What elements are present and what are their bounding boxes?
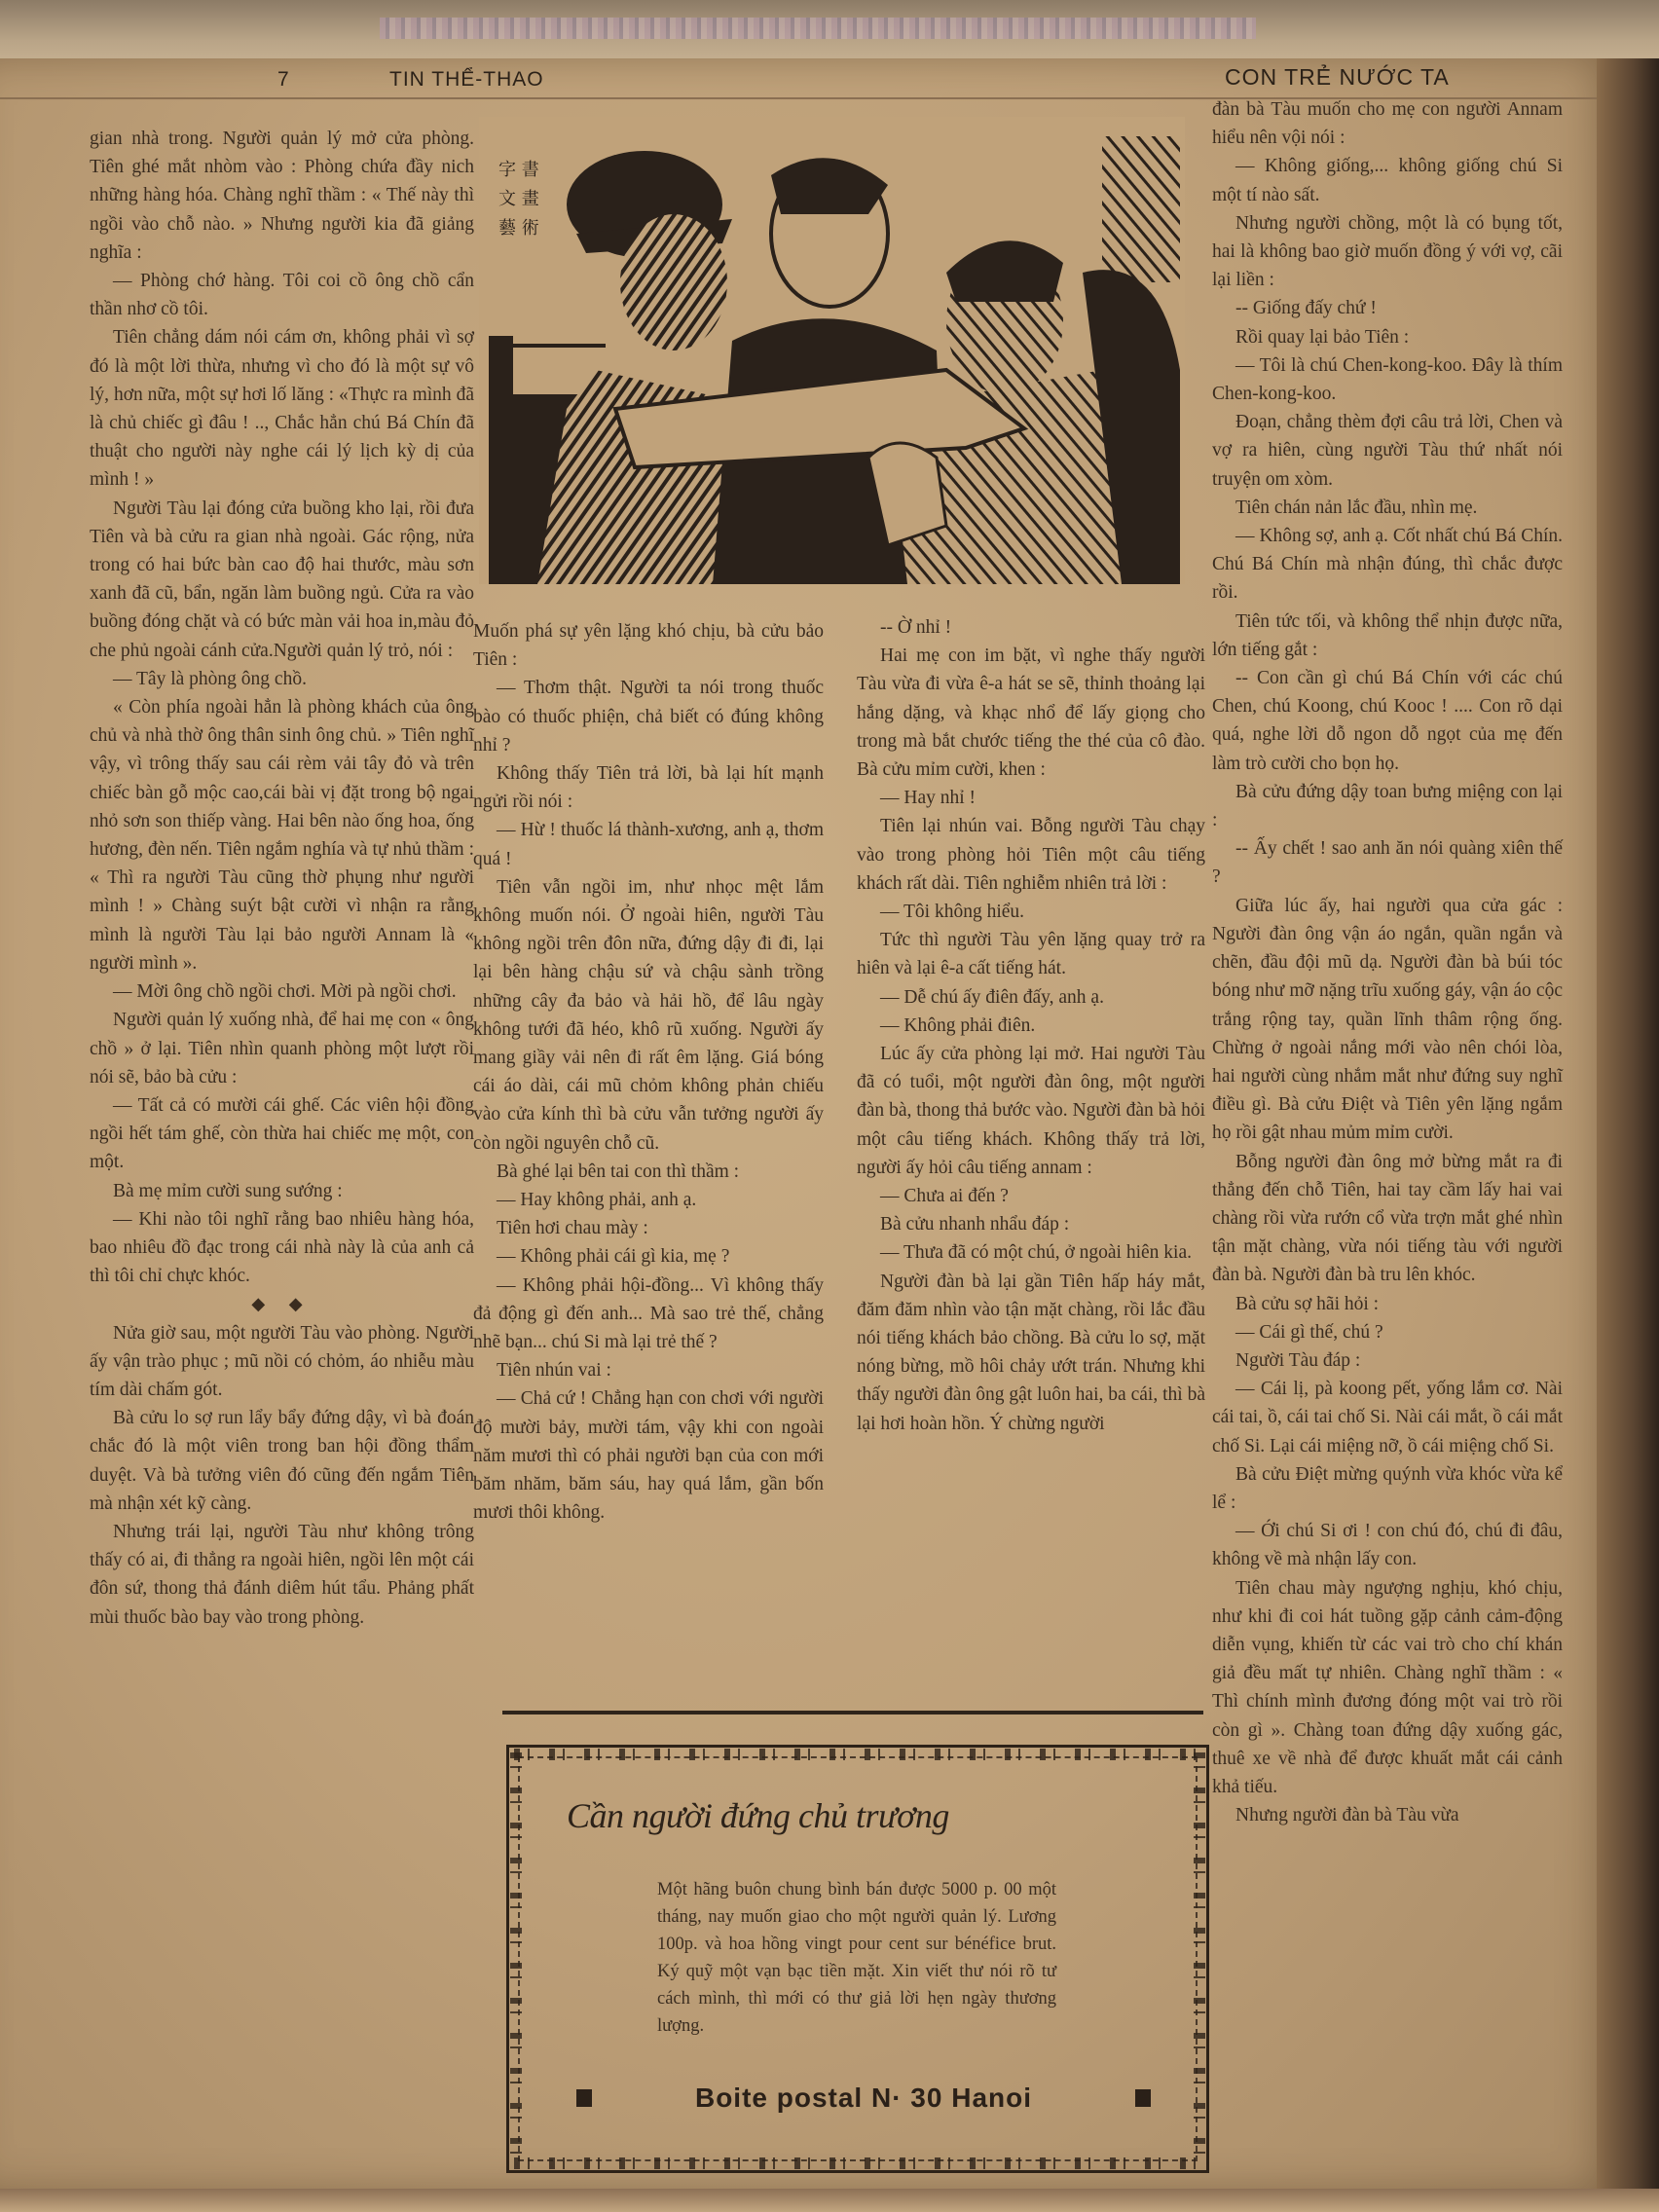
column-divider-rule [502,1711,1203,1714]
dialogue-line: — Hừ ! thuốc lá thành-xương, anh ạ, thơm… [473,816,824,872]
dialogue-line: -- Giống đấy chứ ! [1212,294,1563,322]
dialogue-line: — Tôi là chú Chen-kong-koo. Đây là thím … [1212,351,1563,408]
paragraph: gian nhà trong. Người quản lý mở cửa phò… [90,125,474,267]
ad-footer: Boite postal N· 30 Hanoi [576,2083,1151,2114]
paragraph: Bà cửu sợ hãi hỏi : [1212,1290,1563,1318]
paragraph: Người Tàu lại đóng cửa buồng kho lại, rồ… [90,495,474,665]
classified-advertisement: Cần người đứng chủ trương Một hãng buôn … [506,1745,1209,2173]
dialogue-line: — Dễ chú ấy điên đấy, anh ạ. [857,983,1205,1012]
paragraph: Bà cửu nhanh nhẩu đáp : [857,1210,1205,1238]
paragraph: Đoạn, chẳng thèm đợi câu trả lời, Chen v… [1212,408,1563,494]
square-bullet-icon [576,2089,592,2107]
dialogue-line: — Không phải điên. [857,1012,1205,1040]
paragraph: Nửa giờ sau, một người Tàu vào phòng. Ng… [90,1319,474,1405]
paragraph: Bỗng người đàn ông mở bừng mắt ra đi thẳ… [1212,1148,1563,1290]
dialogue-line: — Không sợ, anh ạ. Cốt nhất chú Bá Chín.… [1212,522,1563,608]
paragraph: Không thấy Tiên trả lời, bà lại hít mạnh… [473,759,824,816]
paragraph: Tiên vẫn ngồi im, như nhọc mệt lắm không… [473,873,824,1158]
dialogue-line: — Không giống,... không giống chú Si một… [1212,152,1563,208]
article-column-3: -- Ờ nhỉ ! Hai mẹ con im bặt, vì nghe th… [857,613,1205,1438]
paragraph: Giữa lúc ấy, hai người qua cửa gác : Ngư… [1212,892,1563,1148]
woodcut-illustration: 字 書 文 畫 藝 術 [479,117,1185,584]
dialogue-line: — Thơm thật. Người ta nói trong thuốc bà… [473,674,824,759]
paragraph: Muốn phá sự yên lặng khó chịu, bà cửu bả… [473,617,824,674]
section-separator-diamonds: ◆ ◆ [90,1290,474,1318]
paragraph: Lúc ấy cửa phòng lại mở. Hai người Tàu đ… [857,1040,1205,1182]
dialogue-line: — Không phải cái gì kia, mẹ ? [473,1242,824,1271]
page-header: 7 TIN THỂ-THAO CON TRẺ NƯỚC TA [0,58,1597,97]
paragraph: Tiên tức tối, và không thể nhịn được nữa… [1212,608,1563,664]
paragraph: Tiên chau mày ngượng nghịu, khó chịu, nh… [1212,1574,1563,1802]
dialogue-line: — Hay không phải, anh ạ. [473,1186,824,1214]
dialogue-line: — Chả cứ ! Chẳng hạn con chơi với người … [473,1384,824,1527]
paragraph: Người Tàu đáp : [1212,1346,1563,1375]
dialogue-line: — Tất cả có mười cái ghế. Các viên hội đ… [90,1091,474,1177]
dialogue-line: — Cái lị, pà koong pết, yống lắm cơ. Nài… [1212,1375,1563,1460]
dialogue-line: — Cái gì thế, chú ? [1212,1318,1563,1346]
section-title-left: TIN THỂ-THAO [389,68,544,92]
article-column-4: đàn bà Tàu muốn cho mẹ con người Annam h… [1212,95,1563,1829]
article-column-1: gian nhà trong. Người quản lý mở cửa phò… [90,125,474,1632]
paragraph: Tiên chán nản lắc đầu, nhìn mẹ. [1212,494,1563,522]
paragraph: Bà ghé lại bên tai con thì thầm : [473,1158,824,1186]
paragraph: Hai mẹ con im bặt, vì nghe thấy người Tà… [857,642,1205,784]
paragraph: Rồi quay lại bảo Tiên : [1212,323,1563,351]
dialogue-line: -- Con cần gì chú Bá Chín với các chú Ch… [1212,664,1563,778]
paragraph: Tiên nhún vai : [473,1356,824,1384]
paragraph: Nhưng người đàn bà Tàu vừa [1212,1801,1563,1829]
page-bottom-edge [0,2189,1659,2212]
article-column-2: Muốn phá sự yên lặng khó chịu, bà cửu bả… [473,617,824,1528]
dialogue-line: — Phòng chớ hàng. Tôi coi cồ ông chồ cẩn… [90,267,474,323]
ad-contact-address: Boite postal N· 30 Hanoi [592,2083,1135,2114]
paragraph: đàn bà Tàu muốn cho mẹ con người Annam h… [1212,95,1563,152]
paragraph: Tức thì người Tàu yên lặng quay trở ra h… [857,926,1205,982]
paragraph: Bà cửu lo sợ run lẩy bẩy đứng dậy, vì bà… [90,1404,474,1518]
paragraph: Tiên lại nhún vai. Bỗng người Tàu chạy v… [857,812,1205,898]
paragraph: Tiên hơi chau mày : [473,1214,824,1242]
dialogue-line: — Chưa ai đến ? [857,1182,1205,1210]
ad-title: Cần người đứng chủ trương [567,1795,1151,1836]
paragraph: « Còn phía ngoài hẳn là phòng khách của … [90,693,474,977]
ad-body: Một hãng buôn chung bình bán được 5000 p… [657,1876,1056,2040]
binding-fabric [380,18,1256,39]
svg-text:文 畫: 文 畫 [498,189,539,209]
dialogue-line: — Hay nhỉ ! [857,784,1205,812]
section-title-right: CON TRẺ NƯỚC TA [1225,64,1450,91]
illustration-image-icon: 字 書 文 畫 藝 術 [479,117,1185,584]
svg-text:字 書: 字 書 [498,160,539,180]
paragraph: Bà cửu đứng dậy toan bưng miệng con lại … [1212,778,1563,834]
paragraph: Tiên chẳng dám nói cám ơn, không phải vì… [90,323,474,494]
chain-border-top-icon [514,1749,1201,1760]
paragraph: Nhưng trái lại, người Tàu như không trôn… [90,1518,474,1632]
dialogue-line: — Khi nào tôi nghĩ rằng bao nhiêu hàng h… [90,1205,474,1291]
chain-border-left-icon [510,1752,522,2165]
chain-border-bottom-icon [514,2157,1201,2169]
dialogue-line: — Tây là phòng ông chồ. [90,665,474,693]
paragraph: Bà cửu Điệt mừng quýnh vừa khóc vừa kể l… [1212,1460,1563,1517]
dialogue-line: — Thưa đã có một chú, ở ngoài hiên kia. [857,1238,1205,1267]
paragraph: Nhưng người chồng, một là có bụng tốt, h… [1212,209,1563,295]
dialogue-line: — Không phải hội-đồng... Vì không thấy đ… [473,1272,824,1357]
page-right-shadow [1597,58,1659,2200]
square-bullet-icon [1135,2089,1151,2107]
paragraph: Bà mẹ mỉm cười sung sướng : [90,1177,474,1205]
dialogue-line: -- Ờ nhỉ ! [857,613,1205,642]
svg-text:藝 術: 藝 術 [498,218,539,239]
dialogue-line: — Mời ông chồ ngồi chơi. Mời pà ngồi chơ… [90,977,474,1006]
dialogue-line: -- Ấy chết ! sao anh ăn nói quàng xiên t… [1212,834,1563,891]
paragraph: Người quản lý xuống nhà, để hai mẹ con «… [90,1006,474,1091]
dialogue-line: — Ới chú Si ơi ! con chú đó, chú đi đâu,… [1212,1517,1563,1573]
chain-border-right-icon [1194,1752,1205,2165]
paragraph: Người đàn bà lại gần Tiên hấp háy mắt, đ… [857,1268,1205,1438]
dialogue-line: — Tôi không hiểu. [857,898,1205,926]
page-number: 7 [277,68,290,92]
